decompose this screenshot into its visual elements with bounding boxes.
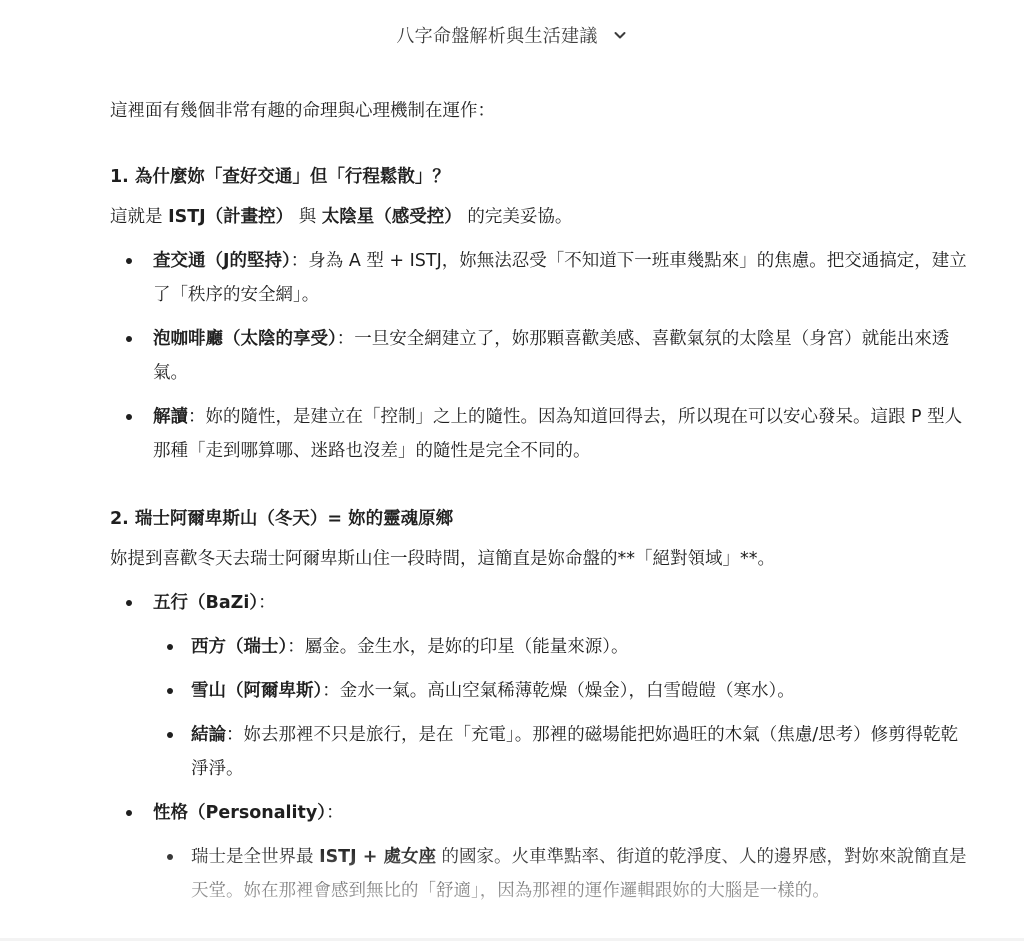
item-term: 解讀: [153, 407, 188, 427]
item-text: ：妳去那裡不只是旅行，是在「充電」。那裡的磁場能把妳過旺的木氣（焦慮/思考）修剪…: [191, 725, 958, 779]
bullet-list: 查交通（J的堅持）：身為 A 型 + ISTJ，妳無法忍受「不知道下一班車幾點來…: [110, 244, 970, 468]
list-item: 查交通（J的堅持）：身為 A 型 + ISTJ，妳無法忍受「不知道下一班車幾點來…: [110, 244, 970, 312]
intro-paragraph: 這裡面有幾個非常有趣的命理與心理機制在運作：: [110, 94, 970, 128]
item-term: 結論: [191, 725, 226, 745]
lead-bold: 太陰星（感受控）: [322, 207, 462, 227]
item-term: 查交通（J的堅持）: [153, 251, 291, 271]
item-text: ：屬金。金生水，是妳的印星（能量來源）。: [287, 637, 628, 657]
item-term: 泡咖啡廳（太陰的享受）: [153, 329, 337, 349]
lead-text: 的完美妥協。: [462, 207, 573, 227]
item-colon: ：: [258, 593, 276, 613]
section-1: 1. 為什麼妳「查好交通」但「行程鬆散」？ 這就是 ISTJ（計畫控） 與 太陰…: [110, 160, 970, 468]
section-heading: 1. 為什麼妳「查好交通」但「行程鬆散」？: [110, 160, 970, 194]
item-term: 性格（Personality）: [153, 803, 326, 823]
list-item: 泡咖啡廳（太陰的享受）：一旦安全網建立了，妳那顆喜歡美感、喜歡氣氛的太陰星（身宮…: [110, 322, 970, 390]
item-term: 西方（瑞士）: [191, 637, 287, 657]
item-term: 五行（BaZi）: [153, 593, 258, 613]
item-term: ISTJ + 處女座: [319, 847, 436, 867]
item-colon: ：: [326, 803, 344, 823]
list-item-bazi: 五行（BaZi）： 西方（瑞士）：屬金。金生水，是妳的印星（能量來源）。 雪山（…: [110, 586, 970, 786]
conversation-title-dropdown[interactable]: 八字命盤解析與生活建議: [386, 16, 637, 54]
response-content: 這裡面有幾個非常有趣的命理與心理機制在運作： 1. 為什麼妳「查好交通」但「行程…: [110, 94, 970, 908]
lead-text: 這就是: [110, 207, 168, 227]
nested-list-item: 結論：妳去那裡不只是旅行，是在「充電」。那裡的磁場能把妳過旺的木氣（焦慮/思考）…: [153, 718, 970, 786]
bullet-list: 五行（BaZi）： 西方（瑞士）：屬金。金生水，是妳的印星（能量來源）。 雪山（…: [110, 586, 970, 908]
item-term: 雪山（阿爾卑斯）: [191, 681, 322, 701]
section-heading: 2. 瑞士阿爾卑斯山（冬天）= 妳的靈魂原鄉: [110, 502, 970, 536]
list-item-personality: 性格（Personality）： 瑞士是全世界最 ISTJ + 處女座 的國家。…: [110, 796, 970, 908]
lead-bold: ISTJ（計畫控）: [168, 207, 293, 227]
item-text: ：妳的隨性，是建立在「控制」之上的隨性。因為知道回得去，所以現在可以安心發呆。這…: [153, 407, 962, 461]
section-2: 2. 瑞士阿爾卑斯山（冬天）= 妳的靈魂原鄉 妳提到喜歡冬天去瑞士阿爾卑斯山住一…: [110, 502, 970, 908]
section-lead: 妳提到喜歡冬天去瑞士阿爾卑斯山住一段時間，這簡直是妳命盤的**「絕對領域」**。: [110, 542, 970, 576]
chevron-down-icon: [612, 27, 628, 43]
conversation-title: 八字命盤解析與生活建議: [396, 22, 597, 48]
section-lead: 這就是 ISTJ（計畫控） 與 太陰星（感受控） 的完美妥協。: [110, 200, 970, 234]
nested-list-item: 瑞士是全世界最 ISTJ + 處女座 的國家。火車準點率、街道的乾淨度、人的邊界…: [153, 840, 970, 908]
nested-list-item: 雪山（阿爾卑斯）：金水一氣。高山空氣稀薄乾燥（燥金），白雪皚皚（寒水）。: [153, 674, 970, 708]
item-text: 瑞士是全世界最: [191, 847, 319, 867]
nested-list: 西方（瑞士）：屬金。金生水，是妳的印星（能量來源）。 雪山（阿爾卑斯）：金水一氣…: [153, 630, 970, 786]
conversation-header: 八字命盤解析與生活建議: [0, 0, 1024, 70]
list-item: 解讀：妳的隨性，是建立在「控制」之上的隨性。因為知道回得去，所以現在可以安心發呆…: [110, 400, 970, 468]
nested-list: 瑞士是全世界最 ISTJ + 處女座 的國家。火車準點率、街道的乾淨度、人的邊界…: [153, 840, 970, 908]
nested-list-item: 西方（瑞士）：屬金。金生水，是妳的印星（能量來源）。: [153, 630, 970, 664]
item-text: ：金水一氣。高山空氣稀薄乾燥（燥金），白雪皚皚（寒水）。: [322, 681, 795, 701]
lead-text: 與: [293, 207, 322, 227]
